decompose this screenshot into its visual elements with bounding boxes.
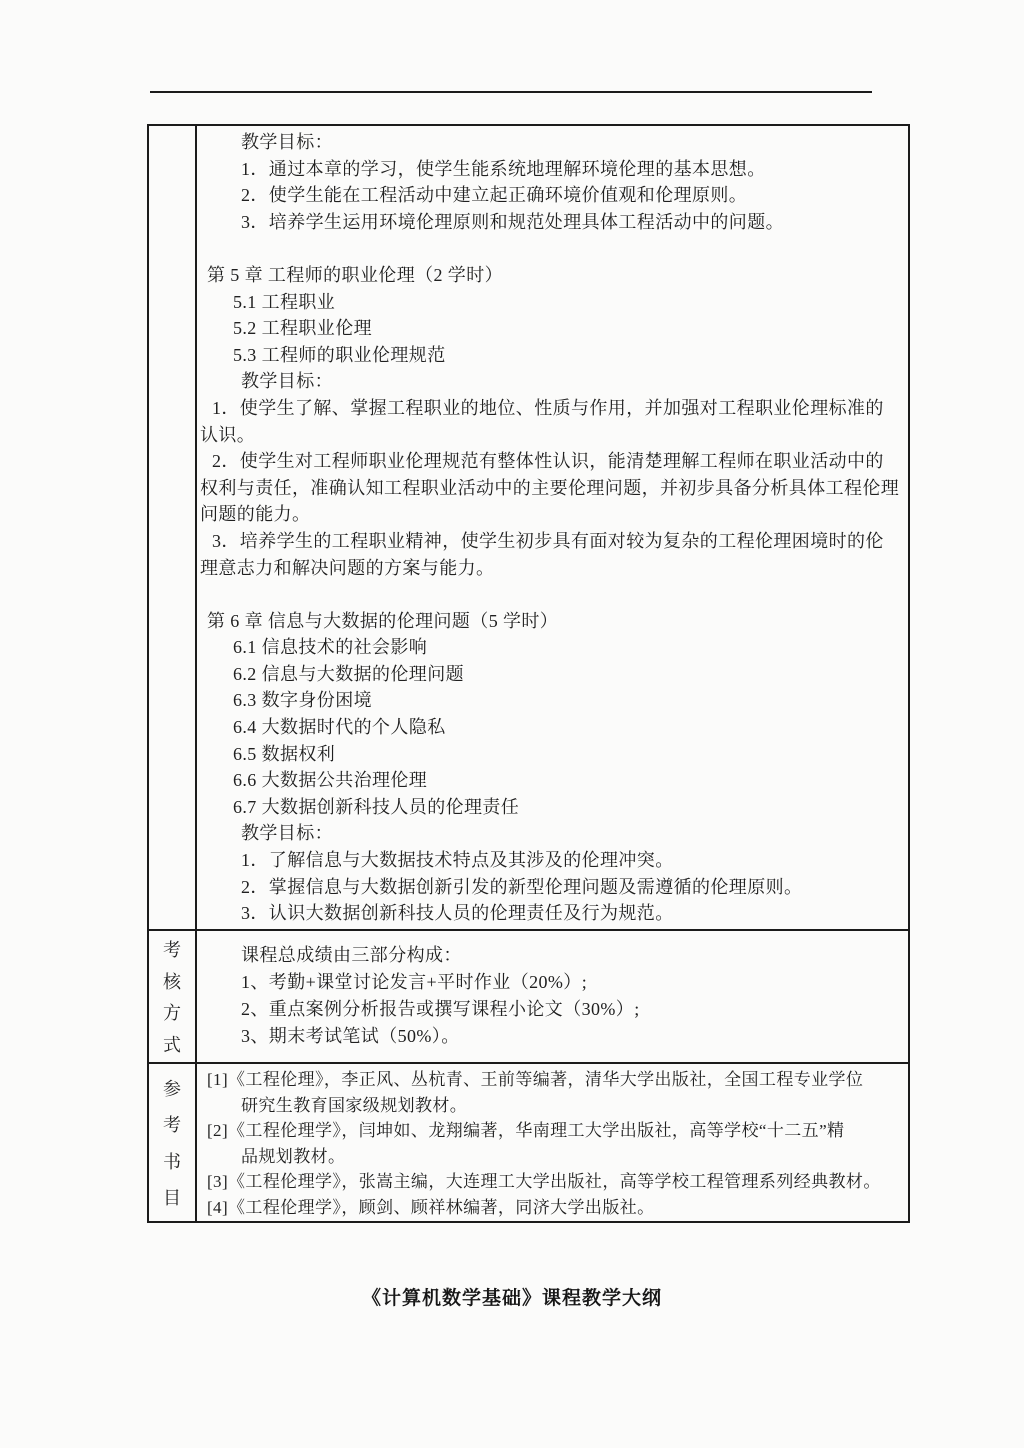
content-line: 6.1 信息技术的社会影响 (197, 634, 908, 661)
content-line: 1．使学生了解、掌握工程职业的地位、性质与作用，并加强对工程职业伦理标准的 (197, 395, 908, 422)
content-line: 教学目标： (197, 820, 908, 847)
content-line: 教学目标： (197, 368, 908, 395)
content-line: 3．培养学生的工程职业精神，使学生初步具有面对较为复杂的工程伦理困境时的伦 (197, 528, 908, 555)
row-label-char: 核 (163, 968, 181, 994)
row-label-char: 参 (163, 1075, 181, 1101)
row-label-char: 考 (163, 936, 181, 962)
top-rule (150, 91, 872, 93)
row-label-cell: 考核方式 (149, 931, 197, 1062)
content-line: 5.1 工程职业 (197, 289, 908, 316)
content-line: 认识。 (197, 422, 908, 449)
syllabus-table: 教学目标：1．通过本章的学习，使学生能系统地理解环境伦理的基本思想。2．使学生能… (147, 124, 910, 1223)
row-label-cell (149, 126, 197, 929)
next-section-title: 《计算机数学基础》课程教学大纲 (0, 1283, 1024, 1310)
row-label-char: 目 (163, 1184, 181, 1210)
content-line: 3、期末考试笔试（50%）。 (197, 1023, 908, 1050)
content-line: [4]《工程伦理学》，顾剑、顾祥林编著，同济大学出版社。 (197, 1195, 908, 1221)
content-line: 5.2 工程职业伦理 (197, 315, 908, 342)
content-line: 第 6 章 信息与大数据的伦理问题（5 学时） (197, 608, 908, 635)
document-page: { "page": { "footer_title": "《计算机数学基础》课程… (0, 0, 1024, 1448)
row-label-cell: 参考书目 (149, 1064, 197, 1221)
content-line: 研究生教育国家级规划教材。 (197, 1093, 908, 1119)
row-content-cell: 课程总成绩由三部分构成：1、考勤+课堂讨论发言+平时作业（20%）;2、重点案例… (197, 931, 908, 1062)
content-line: 6.2 信息与大数据的伦理问题 (197, 661, 908, 688)
content-line: 问题的能力。 (197, 501, 908, 528)
content-line: 第 5 章 工程师的职业伦理（2 学时） (197, 262, 908, 289)
content-line: 2．掌握信息与大数据创新引发的新型伦理问题及需遵循的伦理原则。 (197, 874, 908, 901)
content-line: 6.5 数据权利 (197, 741, 908, 768)
row-label-char: 考 (163, 1111, 181, 1137)
content-line: 3．认识大数据创新科技人员的伦理责任及行为规范。 (197, 900, 908, 927)
content-line: 理意志力和解决问题的方案与能力。 (197, 555, 908, 582)
content-line: 权利与责任，准确认知工程职业活动中的主要伦理问题，并初步具备分析具体工程伦理 (197, 475, 908, 502)
content-line: 5.3 工程师的职业伦理规范 (197, 342, 908, 369)
content-line: 2．使学生能在工程活动中建立起正确环境价值观和伦理原则。 (197, 182, 908, 209)
content-line (197, 581, 908, 608)
content-line: 课程总成绩由三部分构成： (197, 942, 908, 969)
content-line: 6.6 大数据公共治理伦理 (197, 767, 908, 794)
content-line: 1、考勤+课堂讨论发言+平时作业（20%）; (197, 969, 908, 996)
content-line: 1．通过本章的学习，使学生能系统地理解环境伦理的基本思想。 (197, 156, 908, 183)
content-line: [3]《工程伦理学》，张嵩主编，大连理工大学出版社，高等学校工程管理系列经典教材… (197, 1169, 908, 1195)
content-line: [1]《工程伦理》，李正风、丛杭青、王前等编著，清华大学出版社，全国工程专业学位 (197, 1067, 908, 1093)
content-line: 品规划教材。 (197, 1144, 908, 1170)
content-line: 2．使学生对工程师职业伦理规范有整体性认识，能清楚理解工程师在职业活动中的 (197, 448, 908, 475)
row-label-char: 书 (163, 1148, 181, 1174)
row-label-char: 式 (163, 1031, 181, 1057)
table-row: 教学目标：1．通过本章的学习，使学生能系统地理解环境伦理的基本思想。2．使学生能… (149, 126, 908, 931)
content-line (197, 235, 908, 262)
content-line: 6.4 大数据时代的个人隐私 (197, 714, 908, 741)
content-line: 6.7 大数据创新科技人员的伦理责任 (197, 794, 908, 821)
table-row: 参考书目[1]《工程伦理》，李正风、丛杭青、王前等编著，清华大学出版社，全国工程… (149, 1064, 908, 1221)
row-content-cell: [1]《工程伦理》，李正风、丛杭青、王前等编著，清华大学出版社，全国工程专业学位… (197, 1064, 908, 1221)
content-line: 6.3 数字身份困境 (197, 687, 908, 714)
row-label-char: 方 (163, 999, 181, 1025)
table-row: 考核方式课程总成绩由三部分构成：1、考勤+课堂讨论发言+平时作业（20%）;2、… (149, 931, 908, 1064)
content-line: 3．培养学生运用环境伦理原则和规范处理具体工程活动中的问题。 (197, 209, 908, 236)
content-line: 2、重点案例分析报告或撰写课程小论文（30%）; (197, 996, 908, 1023)
content-line: 教学目标： (197, 129, 908, 156)
row-content-cell: 教学目标：1．通过本章的学习，使学生能系统地理解环境伦理的基本思想。2．使学生能… (197, 126, 908, 929)
content-line: 1．了解信息与大数据技术特点及其涉及的伦理冲突。 (197, 847, 908, 874)
content-line: [2]《工程伦理学》，闫坤如、龙翔编著，华南理工大学出版社，高等学校“十二五”精 (197, 1118, 908, 1144)
